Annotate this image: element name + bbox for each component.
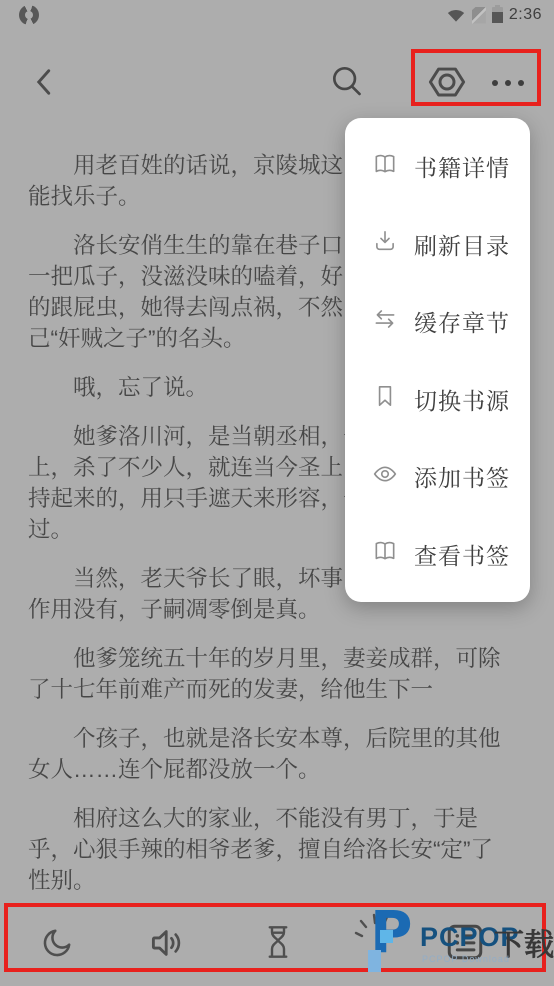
- reading-settings-button[interactable]: [426, 61, 468, 106]
- volume-icon: [148, 950, 186, 965]
- menu-item-label: 切换书源: [414, 383, 510, 416]
- paragraph: 相府这么大的家业，不能没有男丁，于是乎，心狠手辣的相爷老爹，擅自给洛长安“定”了…: [28, 803, 540, 896]
- timer-button[interactable]: [260, 922, 296, 965]
- bottom-toolbar: [0, 908, 554, 972]
- more-dropdown-menu: 书籍详情 刷新目录 缓存章节 切换书源 添加书签 查看书签: [345, 118, 530, 602]
- open-book-icon: [372, 151, 398, 183]
- menu-item-book-details[interactable]: 书籍详情: [345, 128, 530, 206]
- text-line: 了十七年前难产而死的发妻，给他生下一: [28, 674, 540, 705]
- search-button[interactable]: [328, 62, 366, 103]
- eye-icon: [372, 461, 398, 493]
- menu-item-refresh-toc[interactable]: 刷新目录: [345, 206, 530, 284]
- text-line: 相府这么大的家业，不能没有男丁，于是: [28, 803, 540, 834]
- read-aloud-button[interactable]: [148, 924, 186, 965]
- battery-icon: [492, 7, 503, 23]
- menu-item-cache-chapters[interactable]: 缓存章节: [345, 283, 530, 361]
- bookmark-icon: [372, 383, 398, 415]
- catalog-button[interactable]: [444, 920, 486, 967]
- brightness-icon: [352, 942, 400, 957]
- open-book-icon: [372, 538, 398, 570]
- no-sim-icon: [472, 7, 486, 24]
- menu-item-switch-source[interactable]: 切换书源: [345, 361, 530, 439]
- text-line: 性别。: [28, 865, 540, 896]
- download-icon: [372, 228, 398, 260]
- status-bar: 2:36: [0, 0, 554, 30]
- text-line: 个孩子，也就是洛长安本尊，后院里的其他: [28, 723, 540, 754]
- status-time: 2:36: [509, 6, 542, 24]
- more-menu-button[interactable]: [492, 74, 536, 92]
- back-button[interactable]: [30, 64, 60, 103]
- brightness-button[interactable]: [352, 910, 400, 957]
- hourglass-icon: [260, 950, 296, 965]
- more-dots-icon: [492, 80, 524, 86]
- text-line: 乎，心狠手辣的相爷老爹，擅自给洛长安“定”了: [28, 834, 540, 865]
- text-line: 他爹笼统五十年的岁月里，妻妾成群，可除: [28, 643, 540, 674]
- menu-item-label: 缓存章节: [414, 305, 510, 338]
- menu-item-label: 刷新目录: [414, 228, 510, 261]
- night-mode-button[interactable]: [40, 926, 74, 963]
- text-line: 女人……连个屁都没放一个。: [28, 754, 540, 785]
- back-icon: [30, 88, 60, 103]
- paragraph: 他爹笼统五十年的岁月里，妻妾成群，可除了十七年前难产而死的发妻，给他生下一: [28, 643, 540, 705]
- menu-item-label: 添加书签: [414, 460, 510, 493]
- menu-item-label: 书籍详情: [414, 150, 510, 183]
- swap-icon: [372, 306, 398, 338]
- menu-item-add-bookmark[interactable]: 添加书签: [345, 438, 530, 516]
- night-mode-icon: [40, 948, 74, 963]
- sync-app-icon: [19, 5, 39, 25]
- search-icon: [328, 88, 366, 103]
- nut-settings-icon: [426, 91, 468, 106]
- wifi-icon: [446, 7, 466, 23]
- paragraph: 个孩子，也就是洛长安本尊，后院里的其他女人……连个屁都没放一个。: [28, 723, 540, 785]
- menu-item-view-bookmarks[interactable]: 查看书签: [345, 516, 530, 594]
- menu-item-label: 查看书签: [414, 538, 510, 571]
- reader-screen: 2:36 用老百姓的话说，京陵城这能找乐子。 洛长安俏生生的靠在巷子口一把瓜子，…: [0, 0, 554, 986]
- catalog-icon: [444, 952, 486, 967]
